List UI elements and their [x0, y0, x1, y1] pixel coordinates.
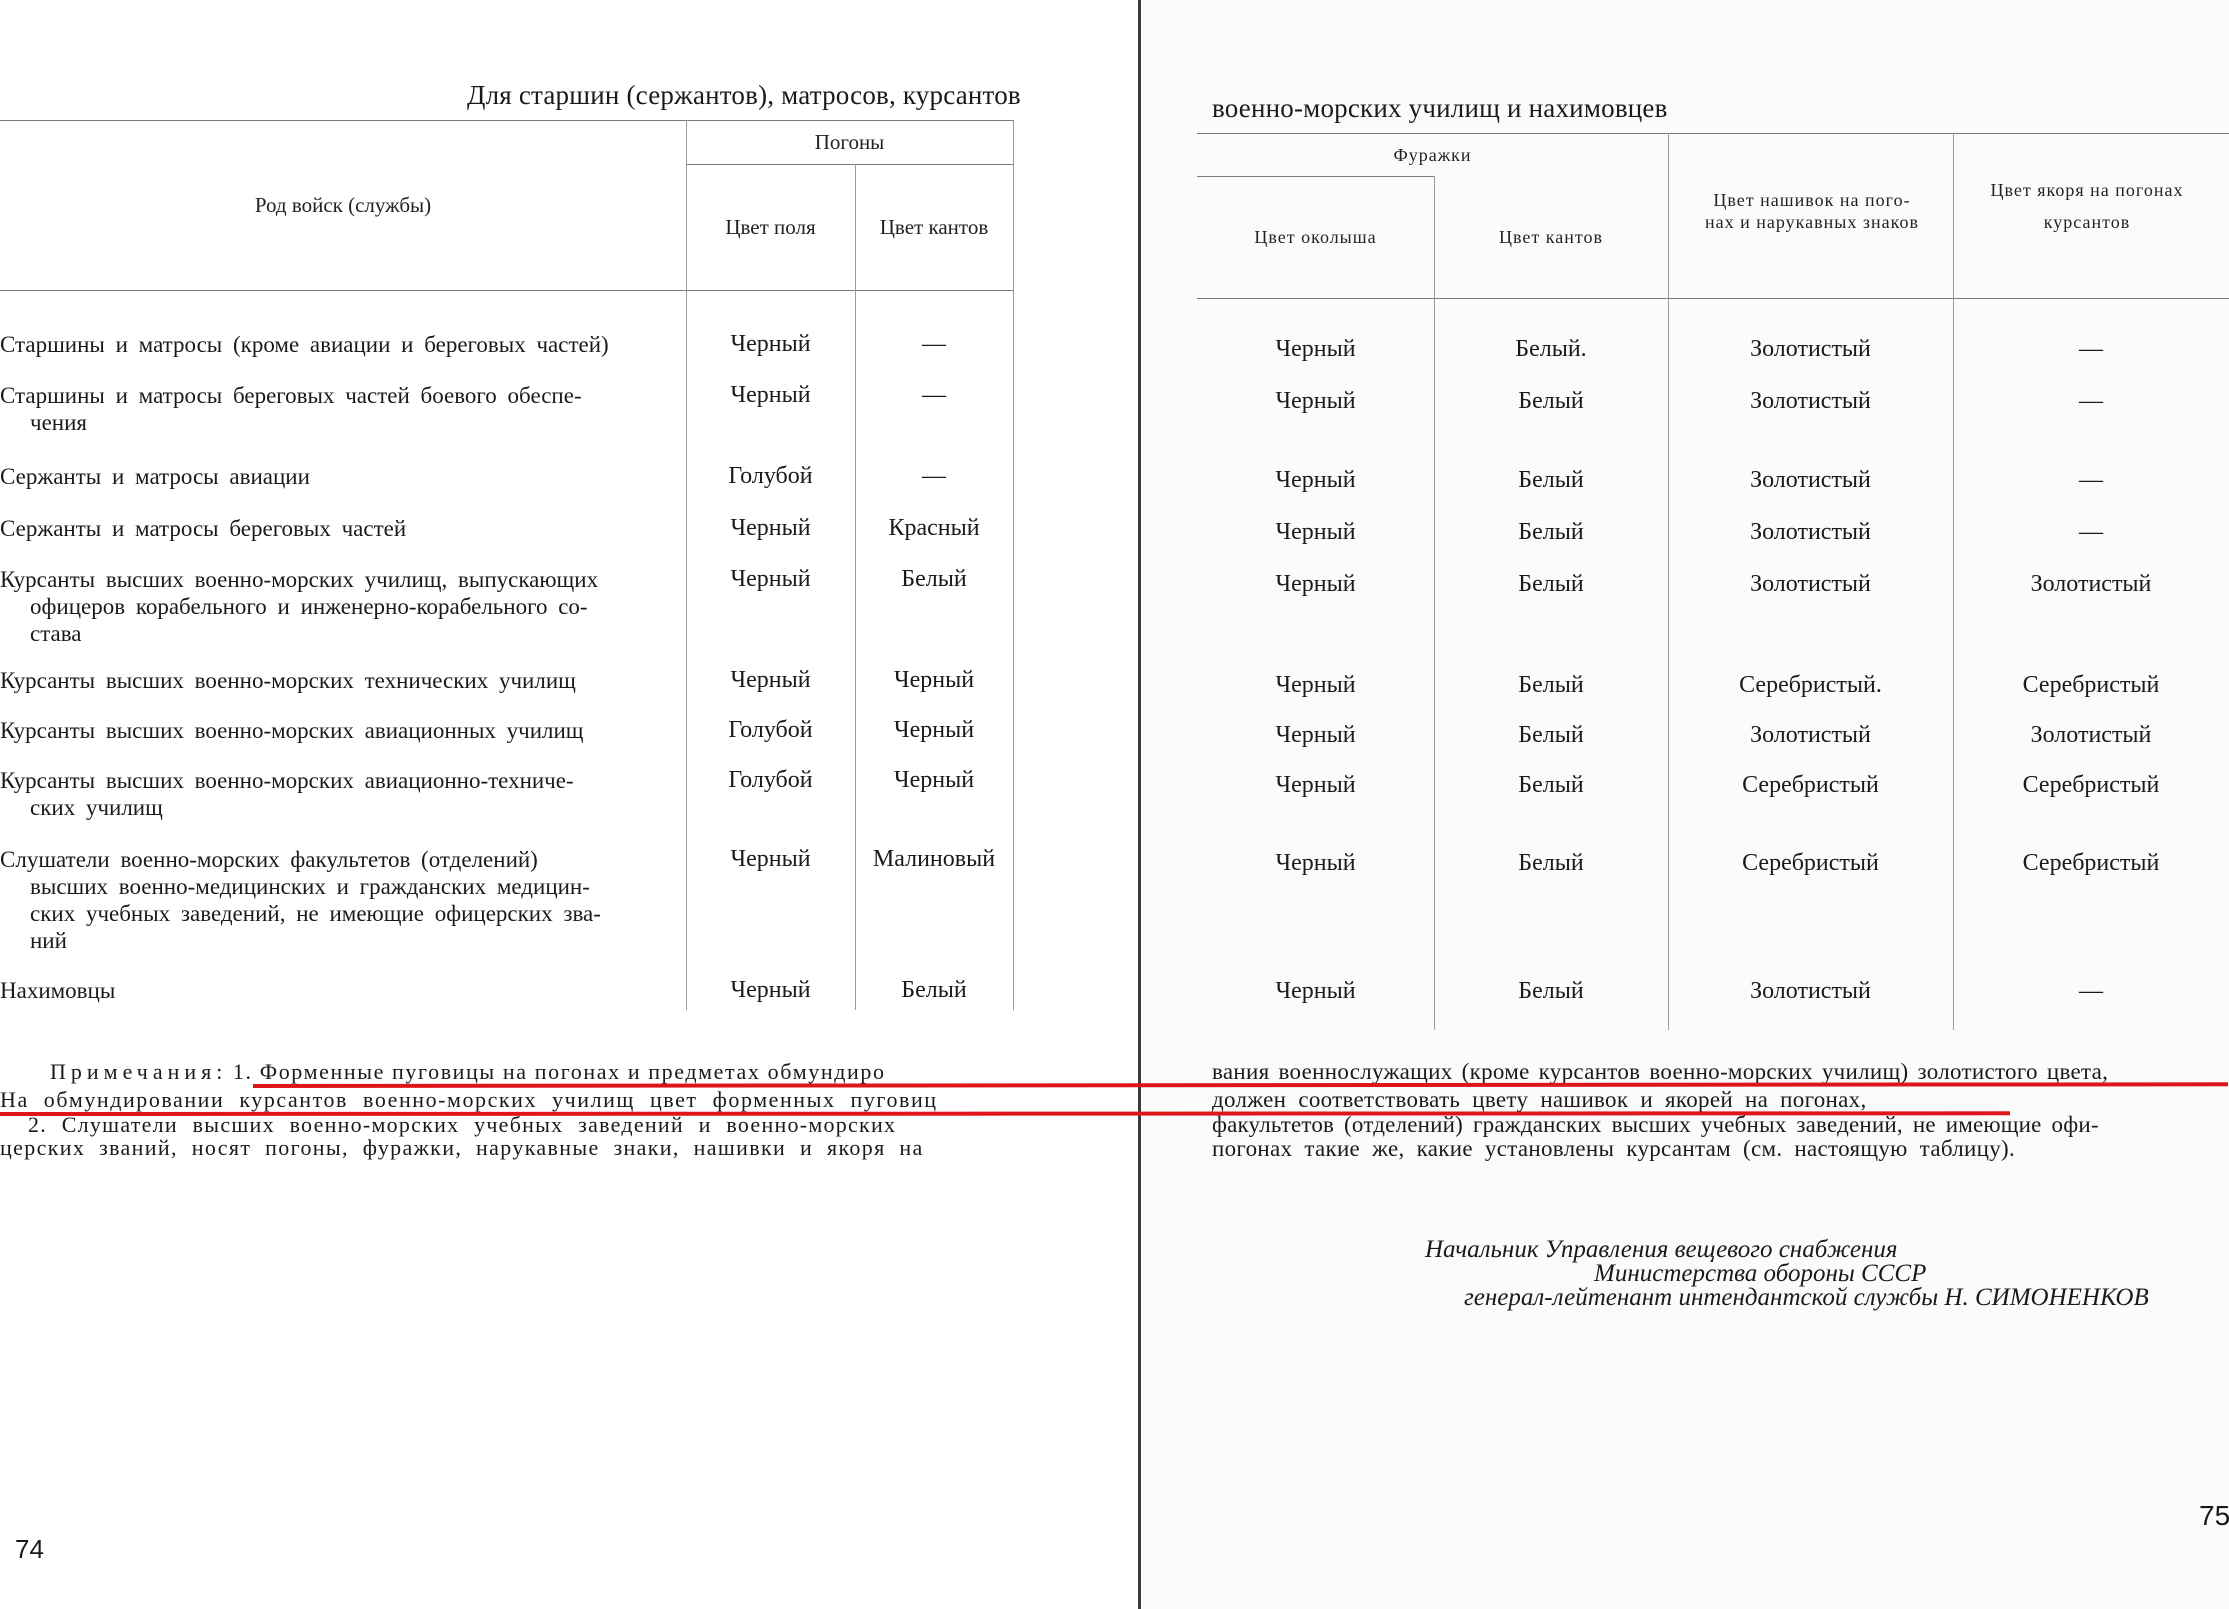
cell-band: Черный	[1197, 336, 1434, 363]
header-band-color: Цвет околыша	[1197, 176, 1434, 298]
header-piping-color: Цвет кантов	[855, 164, 1013, 290]
cell-piping: Белый.	[1434, 336, 1668, 363]
header-bottom-rule	[0, 290, 1014, 291]
cell-band: Черный	[1197, 672, 1434, 699]
notes-line-4: церских званий, носят погоны, фуражки, н…	[0, 1137, 924, 1159]
left-page-title: Для старшин (сержантов), матросов, курса…	[467, 80, 1021, 111]
header-bottom-rule	[1197, 298, 2229, 299]
cell-piping: Черный	[855, 667, 1013, 694]
cell-anchor: Золотистый	[1953, 571, 2229, 598]
cell-piping: Белый	[1434, 772, 1668, 799]
cell-band: Черный	[1197, 850, 1434, 877]
book-spine-divider	[1138, 0, 1141, 1609]
row-label: Курсанты высших военно-морских училищ, в…	[0, 566, 675, 647]
cell-stripes: Серебристый.	[1668, 672, 1953, 699]
cell-piping: Черный	[855, 717, 1013, 744]
notes-continued-line-3: факультетов (отделений) гражданских высш…	[1212, 1114, 2099, 1136]
notes-line-1: Примечания: 1. Форменные пуговицы на пог…	[50, 1061, 886, 1083]
cell-piping: Белый	[1434, 519, 1668, 546]
column-divider	[1434, 176, 1435, 1030]
cell-field: Черный	[686, 566, 855, 593]
cell-piping: —	[855, 331, 1013, 358]
cell-anchor: —	[1953, 978, 2229, 1005]
cell-piping: Белый	[855, 566, 1013, 593]
cell-anchor: —	[1953, 336, 2229, 363]
cell-stripes: Серебристый	[1668, 850, 1953, 877]
cell-piping: Белый	[855, 977, 1013, 1004]
header-cap-piping-color: Цвет кантов	[1434, 176, 1668, 298]
cell-anchor: —	[1953, 388, 2229, 415]
cell-stripes: Золотистый	[1668, 336, 1953, 363]
column-divider	[1013, 120, 1014, 1010]
page-number-left: 74	[15, 1534, 44, 1565]
cell-piping: Белый	[1434, 571, 1668, 598]
cell-stripes: Золотистый	[1668, 978, 1953, 1005]
cell-stripes: Серебристый	[1668, 772, 1953, 799]
cell-piping: Белый	[1434, 978, 1668, 1005]
notes-label: Примечания:	[50, 1059, 227, 1084]
cell-band: Черный	[1197, 978, 1434, 1005]
header-field-color: Цвет поля	[686, 164, 855, 290]
cell-band: Черный	[1197, 772, 1434, 799]
cell-anchor: Золотистый	[1953, 722, 2229, 749]
cell-piping: Белый	[1434, 388, 1668, 415]
cell-piping: Белый	[1434, 467, 1668, 494]
cell-field: Черный	[686, 977, 855, 1004]
cell-anchor: Серебристый	[1953, 850, 2229, 877]
row-label: Курсанты высших военно-морских авиационн…	[0, 767, 675, 821]
row-label: Слушатели военно-морских факультетов (от…	[0, 846, 675, 954]
notes-line-3: 2. Слушатели высших военно-морских учебн…	[28, 1114, 896, 1136]
notes-continued-line-2: должен соответствовать цвету нашивок и я…	[1212, 1089, 1867, 1111]
cell-piping: Черный	[855, 767, 1013, 794]
row-label: Сержанты и матросы авиации	[0, 463, 675, 490]
cell-band: Черный	[1197, 388, 1434, 415]
cell-band: Черный	[1197, 519, 1434, 546]
cell-field: Голубой	[686, 717, 855, 744]
cell-stripes: Золотистый	[1668, 571, 1953, 598]
header-group-shoulderboards: Погоны	[686, 120, 1013, 164]
cell-band: Черный	[1197, 467, 1434, 494]
header-group-caps: Фуражки	[1197, 133, 1668, 176]
row-label: Курсанты высших военно-морских техническ…	[0, 667, 675, 694]
row-label: Старшины и матросы (кроме авиации и бере…	[0, 331, 675, 358]
cell-field: Голубой	[686, 767, 855, 794]
cell-piping: Белый	[1434, 672, 1668, 699]
right-page: военно-морских училищ и нахимовцев Фураж…	[1142, 0, 2229, 1609]
cell-field: Голубой	[686, 463, 855, 490]
cell-stripes: Золотистый	[1668, 388, 1953, 415]
left-page: Для старшин (сержантов), матросов, курса…	[0, 0, 1139, 1609]
cell-band: Черный	[1197, 571, 1434, 598]
cell-piping: Белый	[1434, 722, 1668, 749]
cell-piping: —	[855, 382, 1013, 409]
notes-continued-line-1: вания военнослужащих (кроме курсантов во…	[1212, 1061, 2108, 1083]
header-anchor-color: Цвет якоря на погонах курсантов	[1967, 133, 2207, 298]
cell-field: Черный	[686, 382, 855, 409]
cell-piping: Красный	[855, 515, 1013, 542]
cell-piping: —	[855, 463, 1013, 490]
row-label: Старшины и матросы береговых частей боев…	[0, 382, 675, 436]
cell-field: Черный	[686, 515, 855, 542]
notes-continued-line-4: погонах такие же, какие установлены курс…	[1212, 1138, 2015, 1160]
header-branch: Род войск (службы)	[0, 120, 686, 290]
cell-field: Черный	[686, 331, 855, 358]
cell-stripes: Золотистый	[1668, 519, 1953, 546]
cell-field: Черный	[686, 667, 855, 694]
cell-band: Черный	[1197, 722, 1434, 749]
page-number-right: 75	[2199, 1500, 2229, 1532]
row-label: Нахимовцы	[0, 977, 675, 1004]
cell-stripes: Золотистый	[1668, 467, 1953, 494]
notes-line-2: На обмундировании курсантов военно-морск…	[0, 1089, 938, 1111]
cell-anchor: Серебристый	[1953, 672, 2229, 699]
cell-stripes: Золотистый	[1668, 722, 1953, 749]
cell-field: Черный	[686, 846, 855, 873]
cell-piping: Белый	[1434, 850, 1668, 877]
cell-anchor: —	[1953, 467, 2229, 494]
cell-anchor: —	[1953, 519, 2229, 546]
row-label: Курсанты высших военно-морских авиационн…	[0, 717, 675, 744]
signature-line-3: генерал-лейтенант интендантской службы Н…	[1464, 1284, 2149, 1312]
red-highlight-line-2	[0, 1111, 2010, 1116]
header-stripes-color: Цвет нашивок на пого- нах и нарукавных з…	[1702, 133, 1922, 298]
cell-anchor: Серебристый	[1953, 772, 2229, 799]
cell-piping: Малиновый	[855, 846, 1013, 873]
row-label: Сержанты и матросы береговых частей	[0, 515, 675, 542]
right-page-title: военно-морских училищ и нахимовцев	[1212, 93, 1668, 124]
